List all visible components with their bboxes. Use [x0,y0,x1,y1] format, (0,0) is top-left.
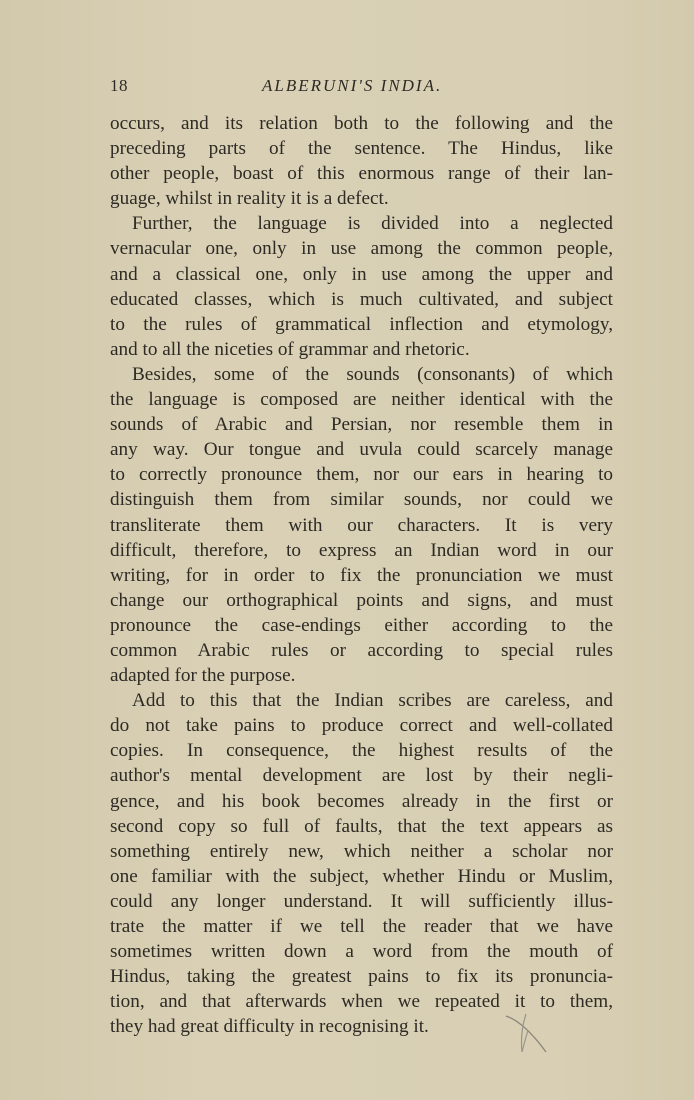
text-line: could any longer understand. It will suf… [110,889,613,914]
text-line: copies. In consequence, the highest resu… [110,738,613,763]
pencil-cross-mark-icon [504,1012,554,1057]
text-line: to correctly pronounce them, nor our ear… [110,462,613,487]
text-line: the language is composed are neither ide… [110,387,613,412]
text-line: author's mental development are lost by … [110,763,613,788]
text-line: difficult, therefore, to express an Indi… [110,538,613,563]
text-line: and to all the niceties of grammar and r… [110,337,613,362]
body-text: occurs, and its relation both to the fol… [110,111,613,1039]
paragraph: Besides, some of the sounds (consonants)… [110,362,613,688]
text-line: gence, and his book becomes already in t… [110,789,613,814]
text-line: pronounce the case-endings either accord… [110,613,613,638]
text-line: change our orthographical points and sig… [110,588,613,613]
text-line: other people, boast of this enormous ran… [110,161,613,186]
text-line: common Arabic rules or according to spec… [110,638,613,663]
text-line: adapted for the purpose. [110,663,613,688]
paragraph: Add to this that the Indian scribes are … [110,688,613,1039]
text-line: preceding parts of the sentence. The Hin… [110,136,613,161]
paragraph: Further, the language is divided into a … [110,211,613,362]
text-line: writing, for in order to fix the pronunc… [110,563,613,588]
page-number: 18 [110,76,128,96]
text-line: second copy so full of faults, that the … [110,814,613,839]
text-line: distinguish them from similar sounds, no… [110,487,613,512]
running-title: ALBERUNI'S INDIA. [262,76,442,96]
text-line: any way. Our tongue and uvula could scar… [110,437,613,462]
running-head: 18 ALBERUNI'S INDIA. [110,76,530,100]
text-line: guage, whilst in reality it is a defect. [110,186,613,211]
text-line: do not take pains to produce correct and… [110,713,613,738]
text-line: one familiar with the subject, whether H… [110,864,613,889]
text-line: transliterate them with our characters. … [110,513,613,538]
text-line: educated classes, which is much cultivat… [110,287,613,312]
text-line: Hindus, taking the greatest pains to fix… [110,964,613,989]
text-line: Further, the language is divided into a … [110,211,613,236]
text-line: tion, and that afterwards when we repeat… [110,989,613,1014]
paragraph: occurs, and its relation both to the fol… [110,111,613,211]
text-line: Add to this that the Indian scribes are … [110,688,613,713]
text-line: something entirely new, which neither a … [110,839,613,864]
text-line: sounds of Arabic and Persian, nor resemb… [110,412,613,437]
book-page: 18 ALBERUNI'S INDIA. occurs, and its rel… [0,0,694,1100]
text-line: to the rules of grammatical inflection a… [110,312,613,337]
text-line: occurs, and its relation both to the fol… [110,111,613,136]
text-line: Besides, some of the sounds (consonants)… [110,362,613,387]
text-line: sometimes written down a word from the m… [110,939,613,964]
text-line: trate the matter if we tell the reader t… [110,914,613,939]
text-line: and a classical one, only in use among t… [110,262,613,287]
text-line: vernacular one, only in use among the co… [110,236,613,261]
